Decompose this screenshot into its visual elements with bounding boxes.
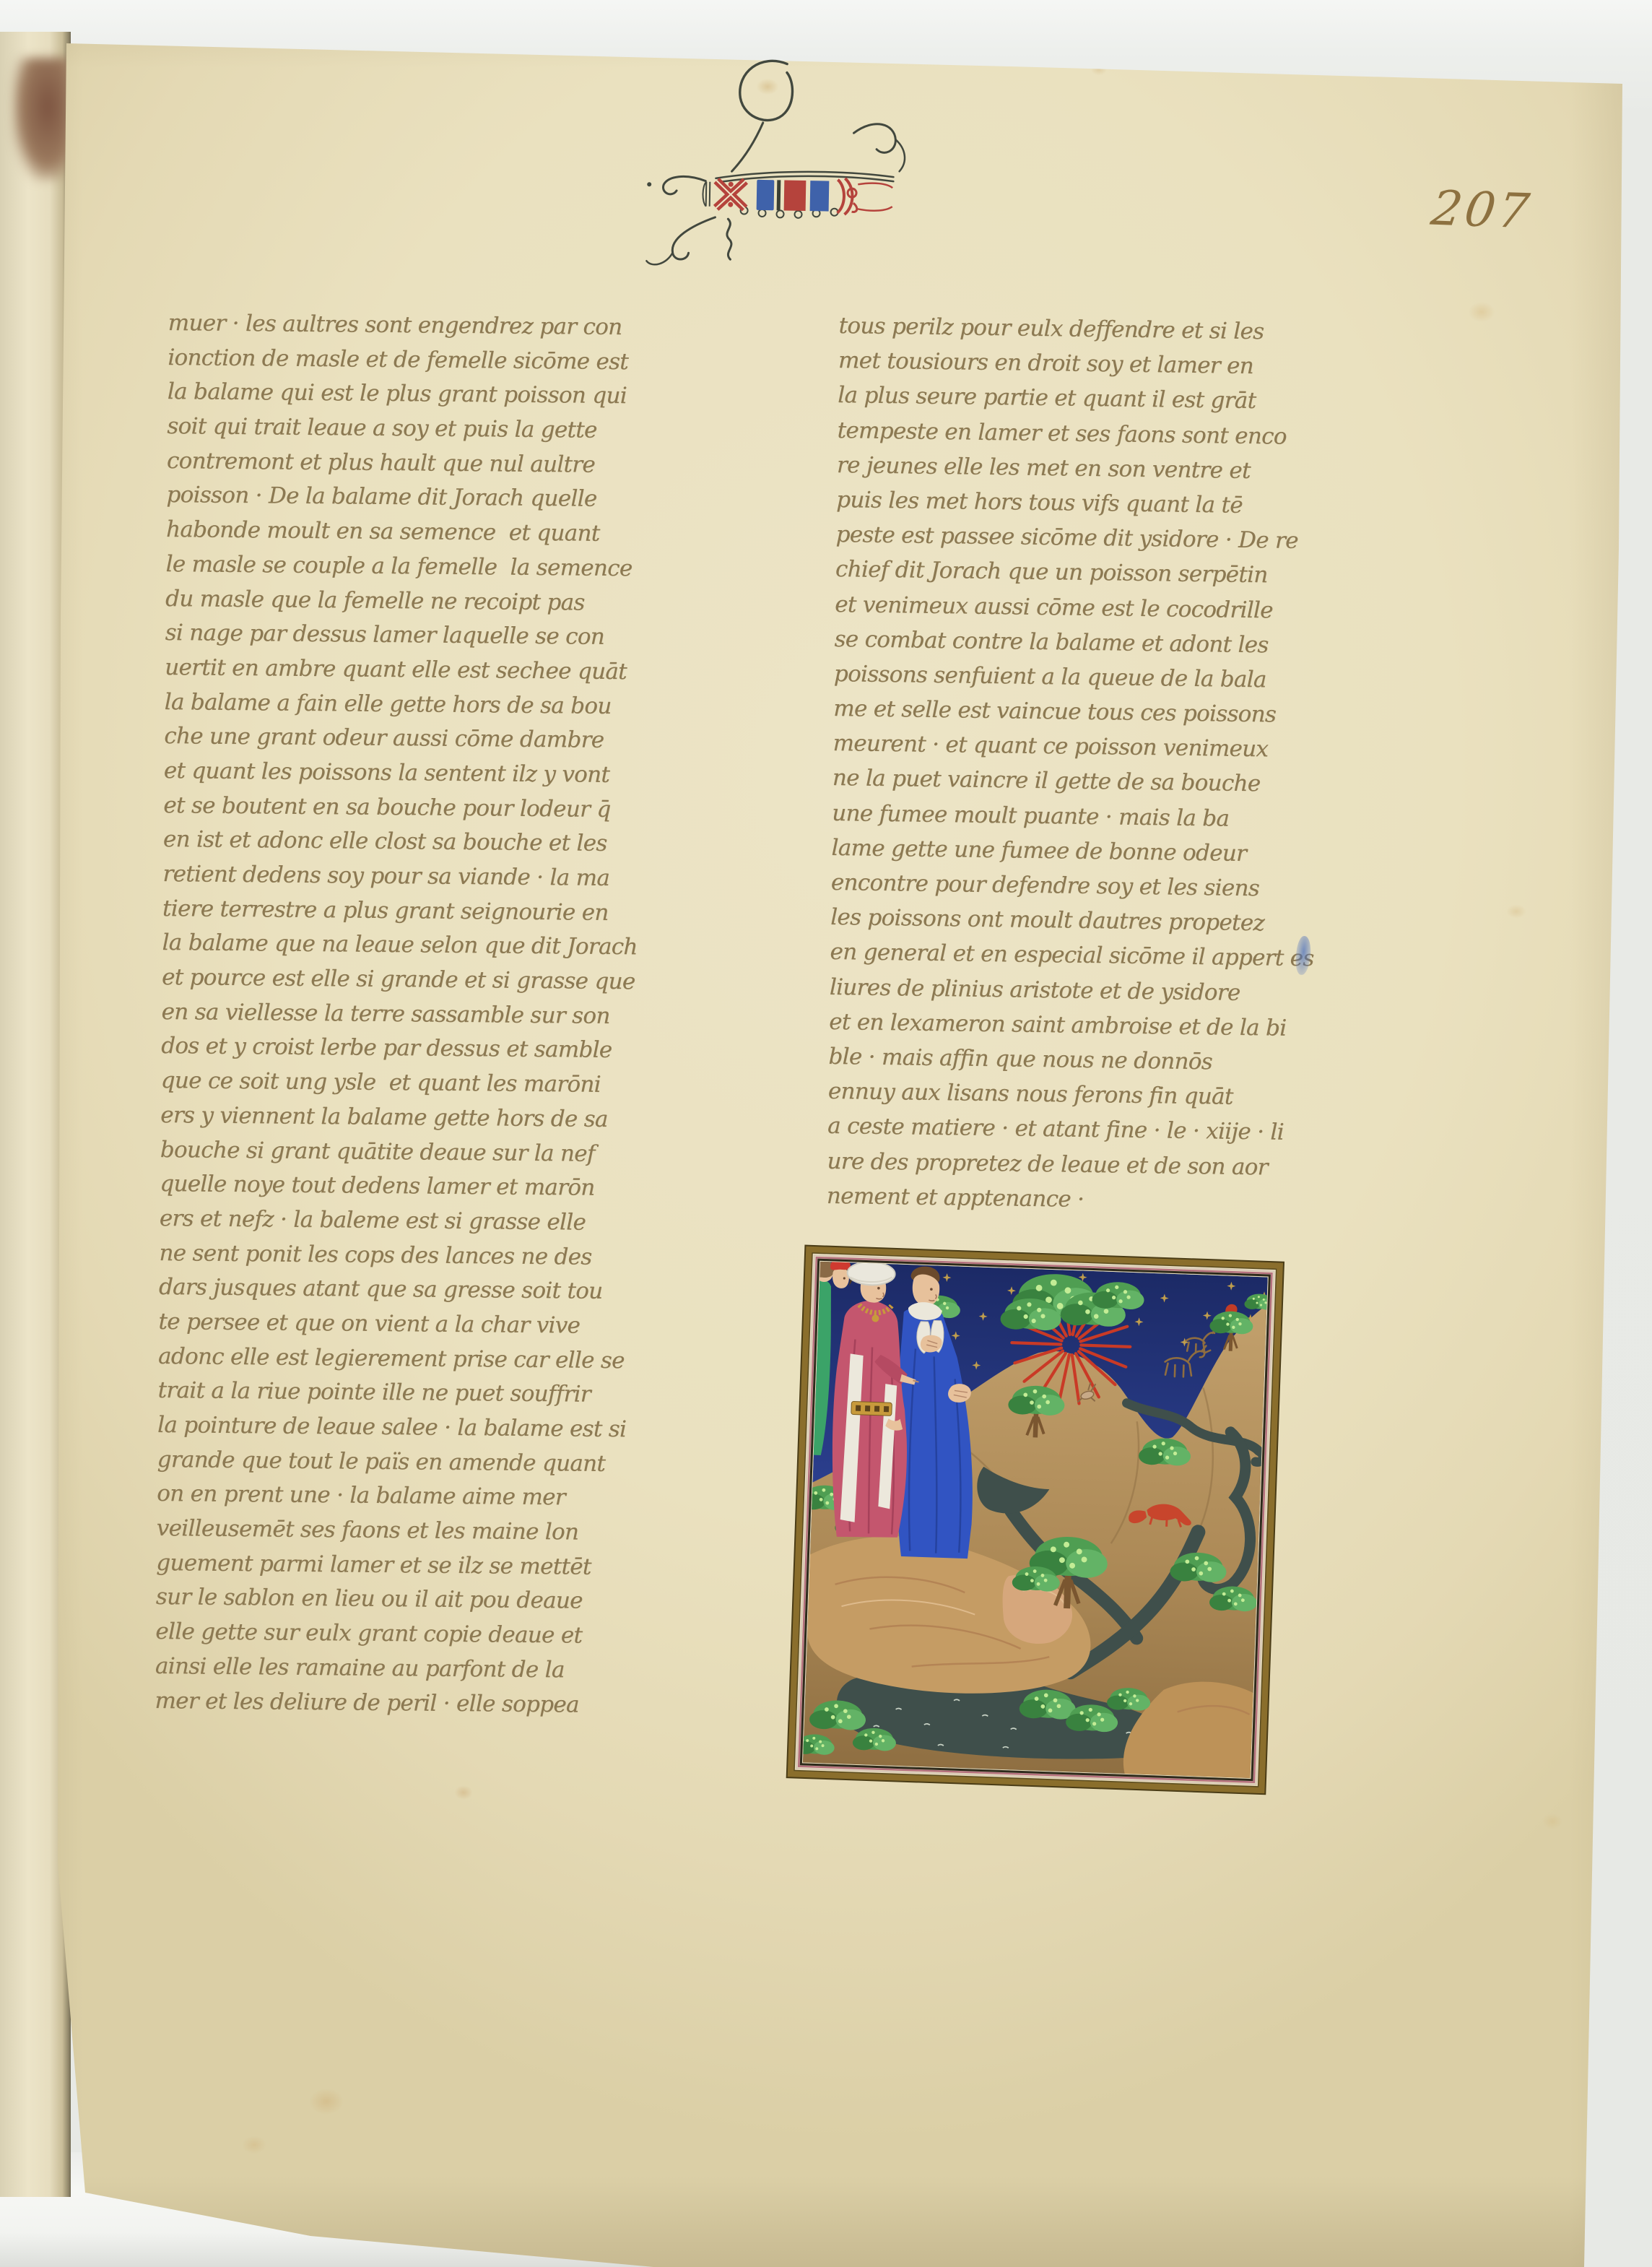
manuscript-line: muer · les aultres sont engendrez par co… [168, 306, 651, 345]
manuscript-line: contremont et plus hault que nul aultre [167, 444, 649, 483]
manuscript-line: sur le sablon en lieu ou il ait pou deau… [156, 1580, 638, 1619]
folio-number: 207 [1428, 181, 1536, 239]
manuscript-line: en sa viellesse la terre sassamble sur s… [161, 995, 643, 1034]
manuscript-line: elle gette sur eulx grant copie deaue et [155, 1615, 638, 1654]
manuscript-line: chief dit Jorach que un poisson serpētin [835, 552, 1327, 594]
manuscript-line: la balame a fain elle gette hors de sa b… [165, 685, 647, 724]
manuscript-line: si nage par dessus lamer laquelle se con [165, 616, 647, 655]
manuscript-line: on en prent une · la balame aime mer [157, 1477, 639, 1516]
manuscript-line: grande que tout le païs en amende quant [157, 1443, 639, 1482]
manuscript-line: tiere terrestre a plus grant seignourie … [162, 892, 645, 931]
miniature-painting [785, 1244, 1285, 1796]
cadel-xii-letters [703, 176, 892, 216]
manuscript-line: che une grant odeur aussi cōme dambre [164, 719, 646, 758]
manuscript-line: te persee et que on vient a la char vive [158, 1305, 640, 1344]
manuscript-line: ers et nefz · la baleme est si grasse el… [160, 1202, 642, 1241]
cadel-penwork-icon [606, 35, 921, 271]
manuscript-line: et pource est elle si grande et si grass… [162, 961, 644, 1000]
manuscript-line: habonde moult en sa semence et quant [166, 513, 648, 552]
manuscript-line: la balame qui est le plus grant poisson … [168, 375, 650, 414]
manuscript-line: trait a la riue pointe ille ne puet souf… [157, 1374, 640, 1413]
manuscript-line: mer et les deliure de peril · elle soppe… [155, 1683, 637, 1722]
manuscript-line: quelle noye tout dedens lamer et marōn [160, 1167, 642, 1206]
quire-mark-cadel: XII [606, 35, 921, 271]
manuscript-line: veilleusemēt ses faons et les maine lon [157, 1512, 639, 1551]
binding-stain [13, 58, 71, 181]
manuscript-line: guement parmi lamer et se ilz se mettēt [156, 1546, 638, 1585]
manuscript-line: adonc elle est legierement prise car ell… [158, 1340, 640, 1379]
manuscript-line: uertit en ambre quant elle est sechee qu… [165, 651, 647, 690]
manuscript-line: ers y viennent la balame gette hors de s… [160, 1098, 643, 1137]
manuscript-line: nement et apptenance · [827, 1179, 1318, 1221]
manuscript-line: poisson · De la balame dit Jorach quelle [166, 478, 648, 517]
manuscript-line: la plus seure partie et quant il est grā… [838, 378, 1329, 420]
manuscript-scan: XII [0, 0, 1652, 2267]
manuscript-line: ionction de masle et de femelle sicōme e… [168, 341, 650, 380]
manuscript-line: a ceste matiere · et atant fine · le · x… [827, 1109, 1319, 1150]
manuscript-line: du masle que la femelle ne recoipt pas [165, 581, 648, 620]
manuscript-line: bouche si grant quātite deaue sur la nef [160, 1132, 643, 1171]
manuscript-line: la balame que na leaue selon que dit Jor… [162, 926, 644, 965]
manuscript-line: retient dedens soy pour sa viande · la m… [162, 857, 645, 896]
text-column-right: tous perilz pour eulx deffendre et si le… [827, 308, 1330, 1220]
manuscript-line: et se boutent en sa bouche pour lodeur q… [163, 789, 645, 828]
miniature-scene [785, 1244, 1285, 1796]
manuscript-line: le masle se couple a la femelle la semen… [165, 547, 648, 586]
manuscript-line: que ce soit ung ysle et quant les marōni [160, 1064, 643, 1103]
manuscript-line: en general et en especial sicōme il appe… [830, 935, 1321, 976]
manuscript-line: et quant les poissons la sentent ilz y v… [164, 754, 646, 793]
text-column-left: muer · les aultres sont engendrez par co… [155, 306, 651, 1723]
manuscript-line: dos et y croist lerbe par dessus et samb… [161, 1029, 643, 1068]
manuscript-line: soit qui trait leaue a soy et puis la ge… [167, 409, 649, 448]
manuscript-line: ainsi elle les ramaine au parfont de la [155, 1650, 638, 1689]
manuscript-line: ne sent ponit les cops des lances ne des [159, 1236, 641, 1275]
manuscript-line: dars jusques atant que sa gresse soit to… [159, 1270, 641, 1309]
manuscript-line: la pointure de leaue salee · la balame e… [157, 1408, 640, 1447]
manuscript-line: en ist et adonc elle clost sa bouche et … [163, 823, 645, 862]
